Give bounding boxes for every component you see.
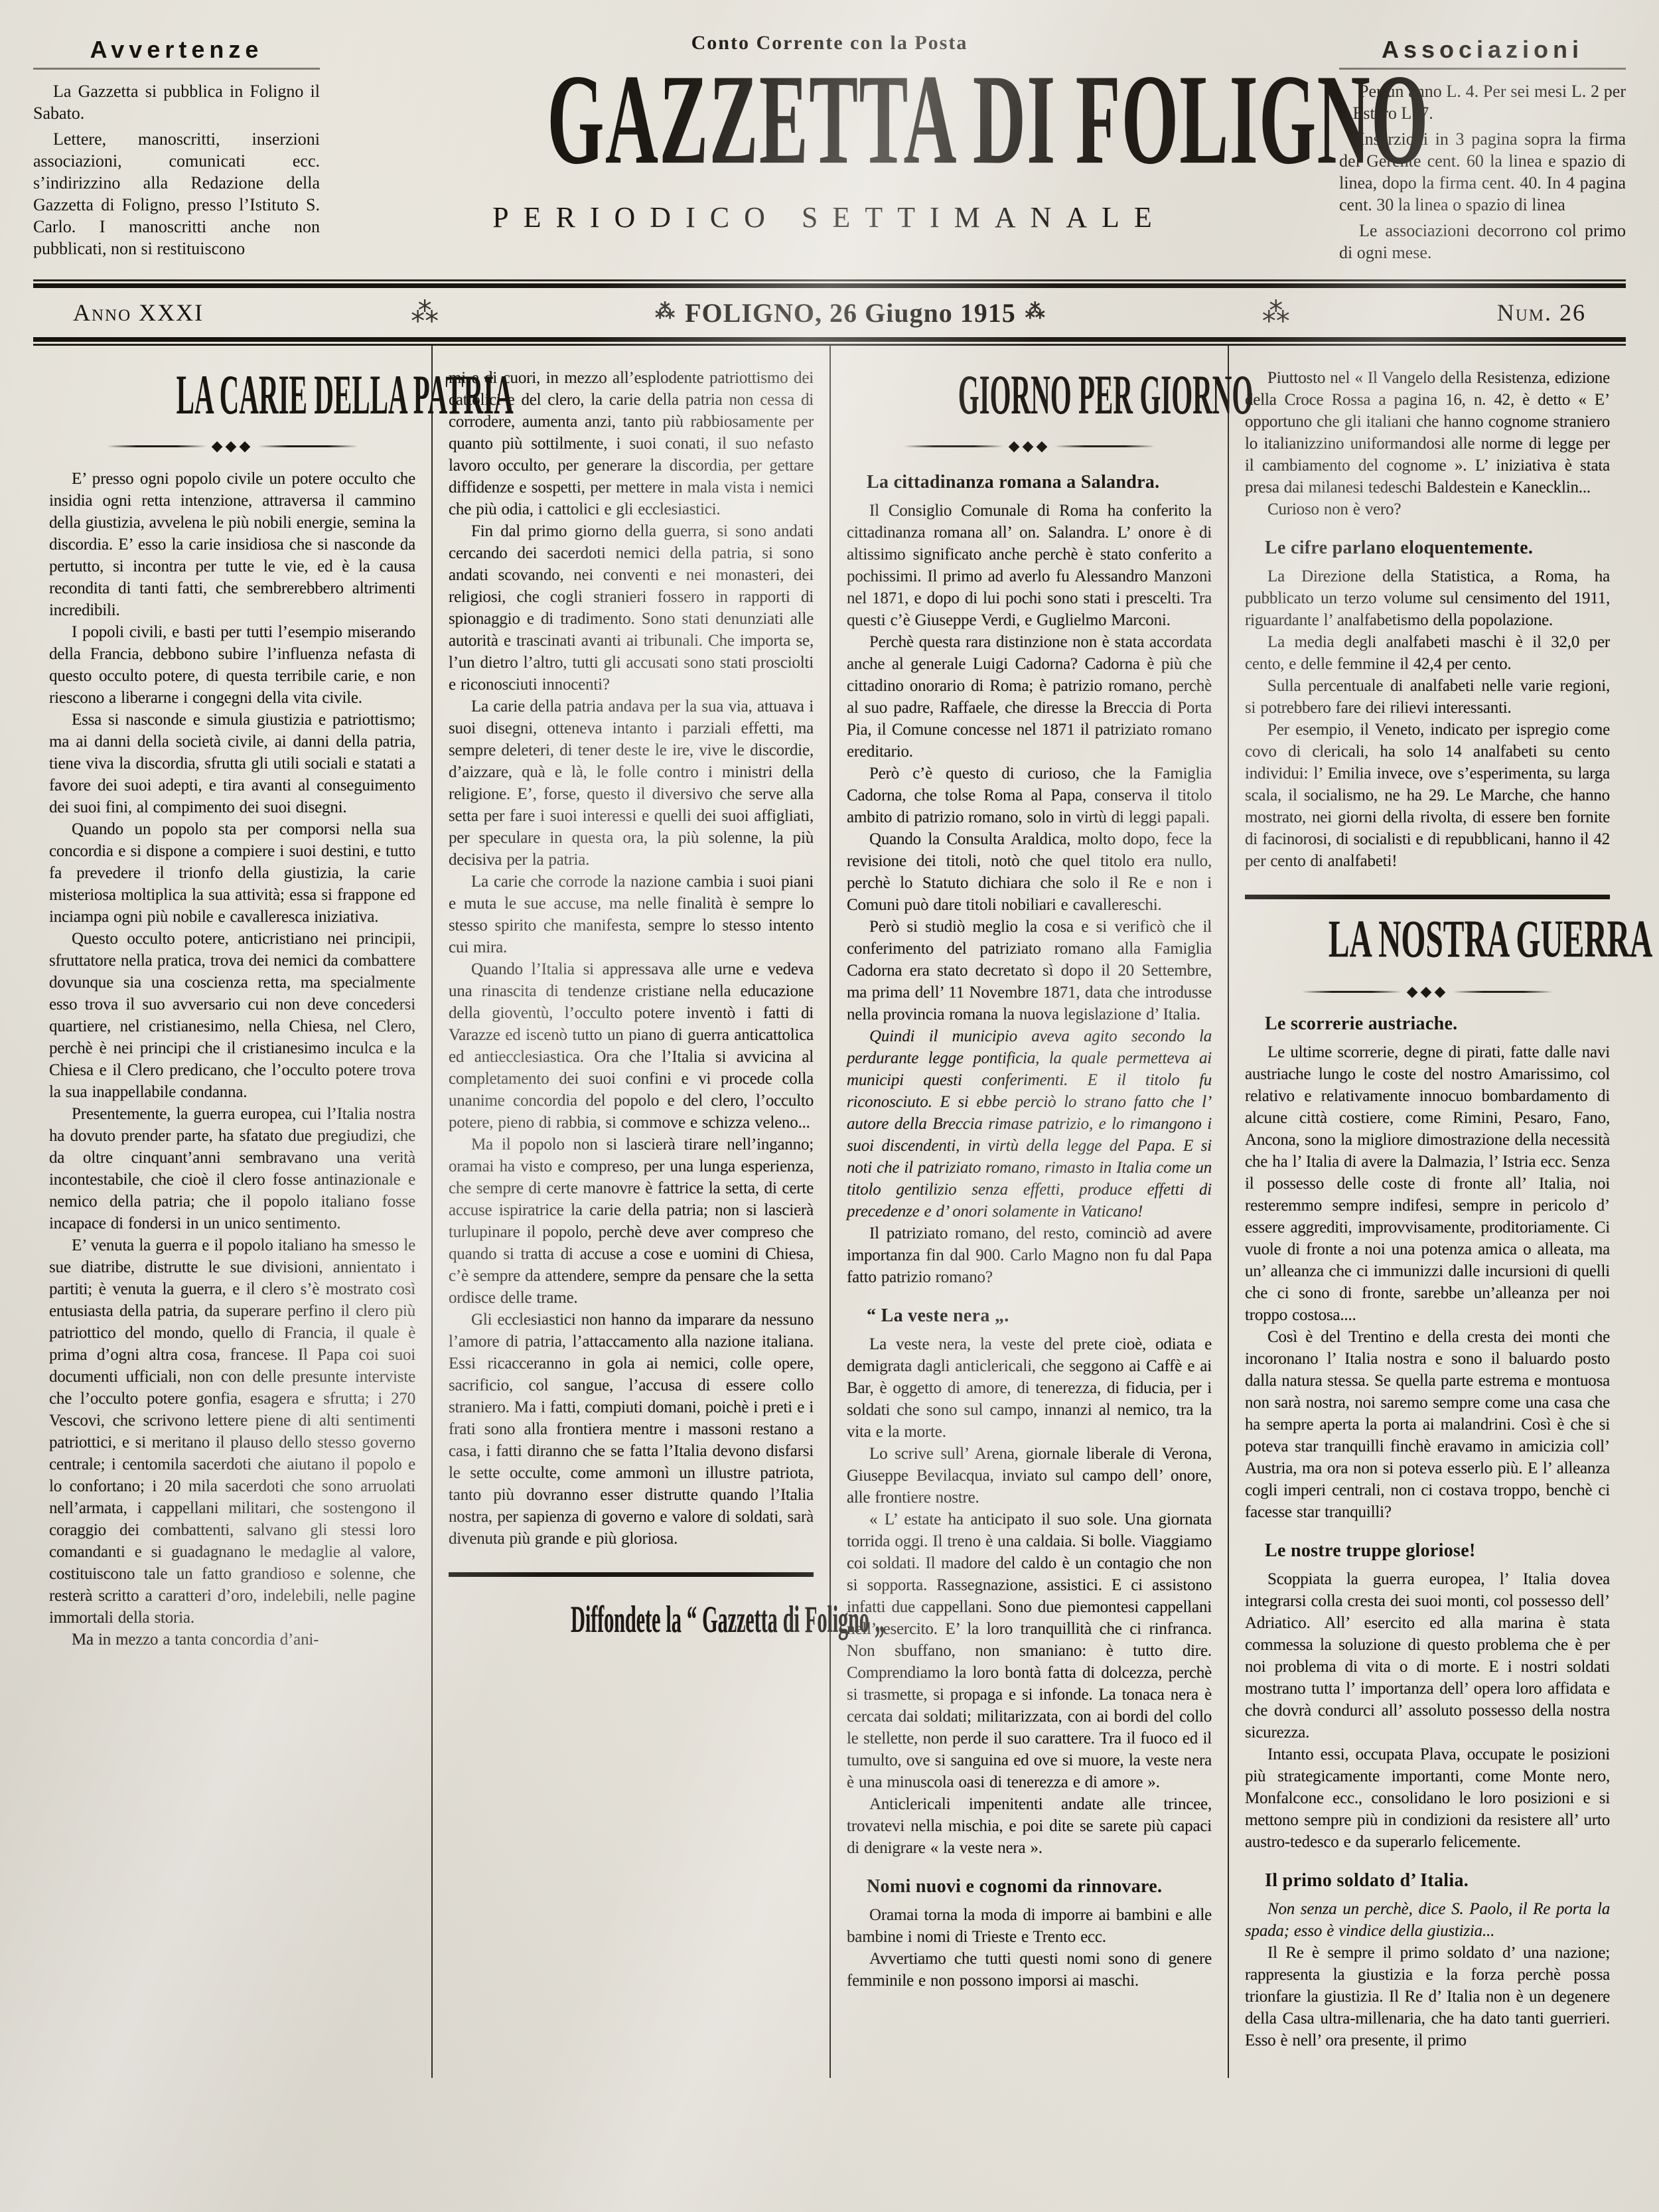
column-4: Piuttosto nel « Il Vangelo della Resiste… (1228, 346, 1626, 2078)
dateline-rules: Anno XXXI ⁂ ⁂FOLIGNO, 26 Giugno 1915⁂ ⁂ … (33, 279, 1626, 346)
article1-headline: LA CARIE DELLA PATRIA (49, 367, 415, 415)
columns: LA CARIE DELLA PATRIA ◆◆◆ E’ presso ogni… (33, 346, 1626, 2078)
guerra-headline: LA NOSTRA GUERRA (1245, 913, 1610, 960)
column-2: mi e di cuori, in mezzo all’esplodente p… (431, 346, 829, 2078)
promo-slogan: Diffondete la “ Gazzetta di Foligno „ (449, 1606, 814, 1633)
article-headline-wrap: LA NOSTRA GUERRA (1245, 913, 1610, 979)
subhead: Le nostre truppe gloriose! (1245, 1540, 1610, 1562)
paragraph: Le ultime scorrerie, degne di pirati, fa… (1245, 1041, 1610, 1326)
paragraph: Oramai torna la moda di imporre ai bambi… (847, 1904, 1212, 1948)
newspaper-page: Avvertenze La Gazzetta si pubblica in Fo… (0, 0, 1659, 2078)
subhead: Le scorrerie austriache. (1245, 1013, 1610, 1035)
paragraph: « L’ estate ha anticipato il suo sole. U… (847, 1509, 1212, 1793)
rule (449, 1572, 814, 1577)
paragraph: E’ presso ogni popolo civile un potere o… (49, 468, 415, 621)
slogan-wrap: Diffondete la “ Gazzetta di Foligno „ (449, 1606, 814, 1657)
subhead: “ La veste nera „. (847, 1305, 1212, 1327)
paragraph: La carie della patria andava per la sua … (449, 696, 814, 871)
paragraph: Fin dal primo giorno della guerra, si so… (449, 520, 814, 696)
paragraph: Essa si nasconde e simula giustizia e pa… (49, 709, 415, 818)
paragraph-italic: Non senza un perchè, dice S. Paolo, il R… (1245, 1898, 1610, 1942)
paragraph: Presentemente, la guerra europea, cui l’… (49, 1103, 415, 1234)
rule (1245, 895, 1610, 899)
printer-ornament-icon: ⁂ (1262, 296, 1290, 329)
paragraph: Ma in mezzo a tanta concordia d’ani- (49, 1629, 415, 1651)
paragraph: Gli ecclesiastici non hanno da imparare … (449, 1309, 814, 1550)
fleuron-icon: ⁂ (646, 301, 685, 323)
paragraph: Lo scrive sull’ Arena, giornale liberale… (847, 1443, 1212, 1509)
paragraph: Perchè questa rara distinzione non è sta… (847, 631, 1212, 763)
headline-divider-ornament-icon: ◆◆◆ (49, 437, 415, 455)
article-headline-wrap: LA CARIE DELLA PATRIA (49, 367, 415, 433)
column-1: LA CARIE DELLA PATRIA ◆◆◆ E’ presso ogni… (33, 346, 431, 2078)
paragraph: Piuttosto nel « Il Vangelo della Resiste… (1245, 367, 1610, 498)
paragraph: La veste nera, la veste del prete cioè, … (847, 1333, 1212, 1443)
masthead: Avvertenze La Gazzetta si pubblica in Fo… (33, 32, 1626, 267)
paragraph: Ma il popolo non si lascierà tirare nell… (449, 1134, 814, 1309)
paragraph: Quando l’Italia si appressava alle urne … (449, 958, 814, 1134)
paragraph: La carie che corrode la nazione cambia i… (449, 871, 814, 958)
dateline: Anno XXXI ⁂ ⁂FOLIGNO, 26 Giugno 1915⁂ ⁂ … (33, 283, 1626, 342)
notices-box-left: Avvertenze La Gazzetta si pubblica in Fo… (33, 32, 320, 263)
paragraph: Curioso non è vero? (1245, 498, 1610, 520)
subhead: La cittadinanza romana a Salandra. (847, 472, 1212, 493)
printer-ornament-icon: ⁂ (411, 296, 439, 329)
column-3: GIORNO PER GIORNO ◆◆◆ La cittadinanza ro… (829, 346, 1228, 2078)
rule (33, 68, 320, 70)
paragraph: Però c’è questo di curioso, che la Famig… (847, 763, 1212, 828)
paragraph: Così è del Trentino e della cresta dei m… (1245, 1326, 1610, 1523)
paragraph: Quando un popolo sta per comporsi nella … (49, 818, 415, 928)
notice-text: La Gazzetta si pubblica in Foligno il Sa… (33, 80, 320, 124)
subhead: Il primo soldato d’ Italia. (1245, 1870, 1610, 1891)
paragraph: Il patriziato romano, del resto, cominci… (847, 1222, 1212, 1288)
paragraph: La media degli analfabeti maschi è il 32… (1245, 631, 1610, 675)
subhead: Nomi nuovi e cognomi da rinnovare. (847, 1876, 1212, 1897)
issue-number: Num. 26 (1497, 299, 1586, 327)
notice-text: Lettere, manoscritti, inserzioni associa… (33, 128, 320, 259)
fleuron-icon: ⁂ (1016, 301, 1055, 323)
article-headline-wrap: GIORNO PER GIORNO (847, 367, 1212, 433)
newspaper-title-wrap: GAZZETTA DI FOLIGNO (320, 57, 1339, 200)
paragraph: I popoli civili, e basti per tutti l’ese… (49, 621, 415, 709)
headline-divider-ornament-icon: ◆◆◆ (847, 437, 1212, 455)
paragraph: Avvertiamo che tutti questi nomi sono di… (847, 1948, 1212, 1992)
newspaper-subtitle: PERIODICO SETTIMANALE (320, 200, 1339, 234)
headline-divider-ornament-icon: ◆◆◆ (1245, 983, 1610, 1000)
paragraph: La Direzione della Statistica, a Roma, h… (1245, 565, 1610, 631)
newspaper-title: GAZZETTA DI FOLIGNO (320, 57, 1339, 169)
subhead: Le cifre parlano eloquentemente. (1245, 538, 1610, 559)
volume-label: Anno XXXI (73, 299, 204, 327)
paragraph: Scoppiata la guerra europea, l’ Italia d… (1245, 1568, 1610, 1743)
paragraph: Però si studiò meglio la cosa e si verif… (847, 916, 1212, 1025)
paragraph: Intanto essi, occupata Plava, occupate l… (1245, 1743, 1610, 1853)
paragraph: Per esempio, il Veneto, indicato per isp… (1245, 719, 1610, 872)
giorno-headline: GIORNO PER GIORNO (847, 367, 1212, 415)
paragraph: E’ venuta la guerra e il popolo italiano… (49, 1234, 415, 1629)
paragraph: Il Consiglio Comunale di Roma ha conferi… (847, 500, 1212, 631)
masthead-center: Conto Corrente con la Posta GAZZETTA DI … (320, 32, 1339, 234)
notice-text: Le associazioni decorrono col primo di o… (1339, 220, 1626, 263)
paragraph: Questo occulto potere, anticristiano nei… (49, 928, 415, 1103)
notices-left-title: Avvertenze (33, 36, 320, 64)
paragraph: Il Re è sempre il primo soldato d’ una n… (1245, 1942, 1610, 2051)
paragraph: Anticlericali impenitenti andate alle tr… (847, 1793, 1212, 1859)
paragraph: Quando la Consulta Araldica, molto dopo,… (847, 828, 1212, 916)
issue-date: ⁂FOLIGNO, 26 Giugno 1915⁂ (646, 297, 1055, 329)
paragraph-italic: Quindi il municipio aveva agito secondo … (847, 1025, 1212, 1222)
paragraph: Sulla percentuale di analfabeti nelle va… (1245, 675, 1610, 719)
